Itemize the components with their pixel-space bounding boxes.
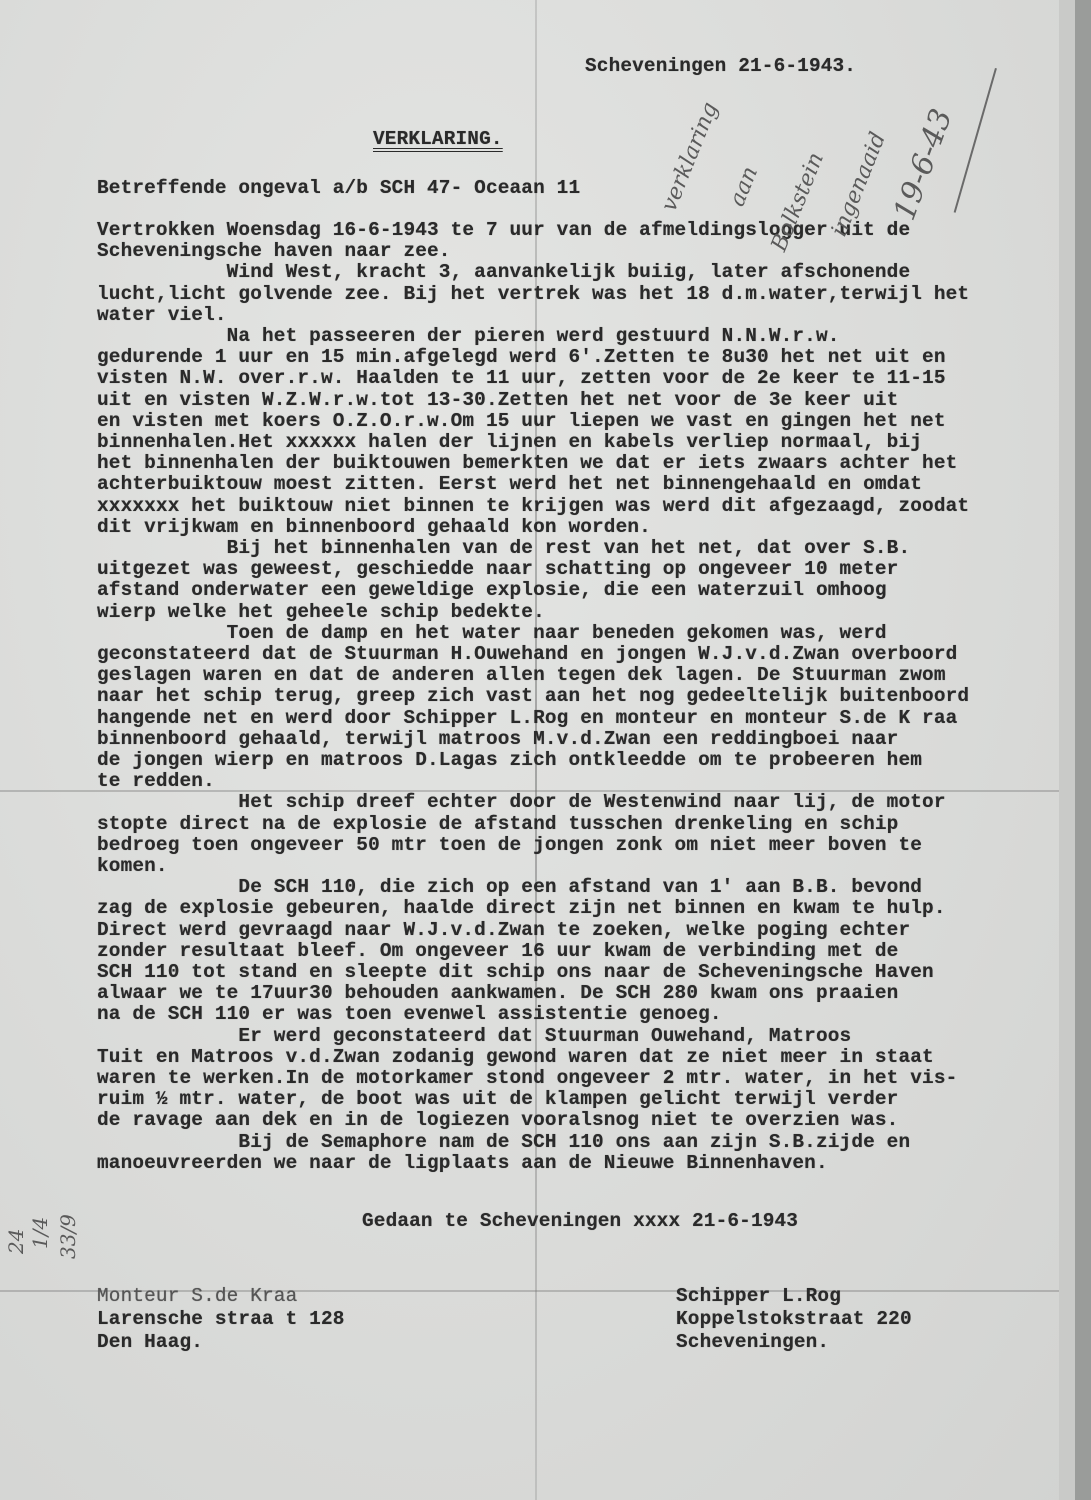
pencil-stroke (954, 68, 997, 213)
body-line: Tuit en Matroos v.d.Zwan zodanig gewond … (97, 1046, 934, 1068)
margin-note-1: 24 (4, 1229, 28, 1254)
signatory-left-name: Monteur S.de Kraa (97, 1285, 297, 1307)
body-line: stopte direct na de explosie de afstand … (97, 813, 898, 835)
body-line: bedroeg toen ongeveer 50 mtr toen de jon… (97, 834, 922, 856)
body-line: Er werd geconstateerd dat Stuurman Ouweh… (97, 1025, 851, 1047)
margin-note-2: 1/4 (28, 1217, 52, 1249)
handwritten-note-2: aan (725, 163, 763, 210)
body-line: gedurende 1 uur en 15 min.afgelegd werd … (97, 346, 946, 368)
body-line: SCH 110 tot stand en sleepte dit schip o… (97, 961, 934, 983)
body-line: water viel. (97, 304, 227, 326)
body-line: de jongen wierp en matroos D.Lagas zich … (97, 749, 922, 771)
body-line: geconstateerd dat de Stuurman H.Ouwehand… (97, 643, 957, 665)
body-line: waren te werken.In de motorkamer stond o… (97, 1067, 957, 1089)
body-line: Bij het binnenhalen van de rest van het … (97, 537, 910, 559)
body-line: na de SCH 110 er was toen evenwel assist… (97, 1003, 722, 1025)
body-line: Bij de Semaphore nam de SCH 110 ons aan … (97, 1131, 910, 1153)
margin-note-3: 33/9 (56, 1214, 80, 1259)
signatory-right-city: Scheveningen. (676, 1331, 829, 1353)
body-line: geslagen waren en dat de anderen allen t… (97, 664, 946, 686)
body-line: binnenhalen.Het xxxxxx halen der lijnen … (97, 431, 922, 453)
handwritten-note-1: verklaring (657, 99, 723, 215)
body-line: wierp welke het geheele schip bedekte. (97, 601, 545, 623)
body-line: Na het passeeren der pieren werd gestuur… (97, 325, 840, 347)
body-line: xxxxxxx het buiktouw niet binnen te krij… (97, 495, 969, 517)
body-line: dit vrijkwam en binnenboord gehaald kon … (97, 516, 651, 538)
signatory-left-city: Den Haag. (97, 1331, 203, 1353)
body-line: Toen de damp en het water naar beneden g… (97, 622, 887, 644)
body-line: De SCH 110, die zich op een afstand van … (97, 876, 922, 898)
body-line: zonder resultaat bleef. Om ongeveer 16 u… (97, 940, 898, 962)
body-line: hangende net en werd door Schipper L.Rog… (97, 707, 957, 729)
body-line: Scheveningsche haven naar zee. (97, 240, 451, 262)
paper-torn-edge (1059, 0, 1075, 1500)
body-line: visten N.W. over.r.w. Haalden te 11 uur,… (97, 367, 946, 389)
body-line: Direct werd gevraagd naar W.J.v.d.Zwan t… (97, 919, 910, 941)
document-title: VERKLARING. (373, 128, 503, 150)
signatory-left-address: Larensche straa t 128 (97, 1308, 345, 1330)
body-line: zag de explosie gebeuren, haalde direct … (97, 897, 946, 919)
body-line: achterbuiktouw moest zitten. Eerst werd … (97, 473, 922, 495)
scanned-document-page: Scheveningen 21-6-1943. VERKLARING. Betr… (0, 0, 1075, 1500)
subject-line: Betreffende ongeval a/b SCH 47- Oceaan 1… (97, 177, 580, 199)
body-line: alwaar we te 17uur30 behouden aankwamen.… (97, 982, 898, 1004)
place-and-date: Scheveningen 21-6-1943. (585, 55, 856, 77)
body-line: uitgezet was geweest, geschiedde naar sc… (97, 558, 898, 580)
body-line: te redden. (97, 770, 215, 792)
body-line: de ravage aan dek en in de logiezen voor… (97, 1109, 898, 1131)
closing-line: Gedaan te Scheveningen xxxx 21-6-1943 (362, 1210, 798, 1232)
body-line: Wind West, kracht 3, aanvankelijk buiig,… (97, 261, 910, 283)
handwritten-date: 19-6-43 (887, 104, 959, 225)
body-line: en visten met koers O.Z.O.r.w.Om 15 uur … (97, 410, 946, 432)
body-line: ruim ½ mtr. water, de boot was uit de kl… (97, 1088, 898, 1110)
body-line: afstand onderwater een geweldige explosi… (97, 579, 887, 601)
signatory-right-name: Schipper L.Rog (676, 1285, 841, 1307)
body-line: Het schip dreef echter door de Westenwin… (97, 791, 946, 813)
signatory-right-address: Koppelstokstraat 220 (676, 1308, 912, 1330)
body-line: manoeuvreerden we naar de ligplaats aan … (97, 1152, 828, 1174)
body-line: lucht,licht golvende zee. Bij het vertre… (97, 283, 969, 305)
body-line: komen. (97, 855, 168, 877)
body-line: het binnenhalen der buiktouwen bemerkten… (97, 452, 957, 474)
body-line: binnenboord gehaald, terwijl matroos M.v… (97, 728, 898, 750)
body-line: naar het schip terug, greep zich vast aa… (97, 685, 969, 707)
body-line: uit en visten W.Z.W.r.w.tot 13-30.Zetten… (97, 389, 898, 411)
